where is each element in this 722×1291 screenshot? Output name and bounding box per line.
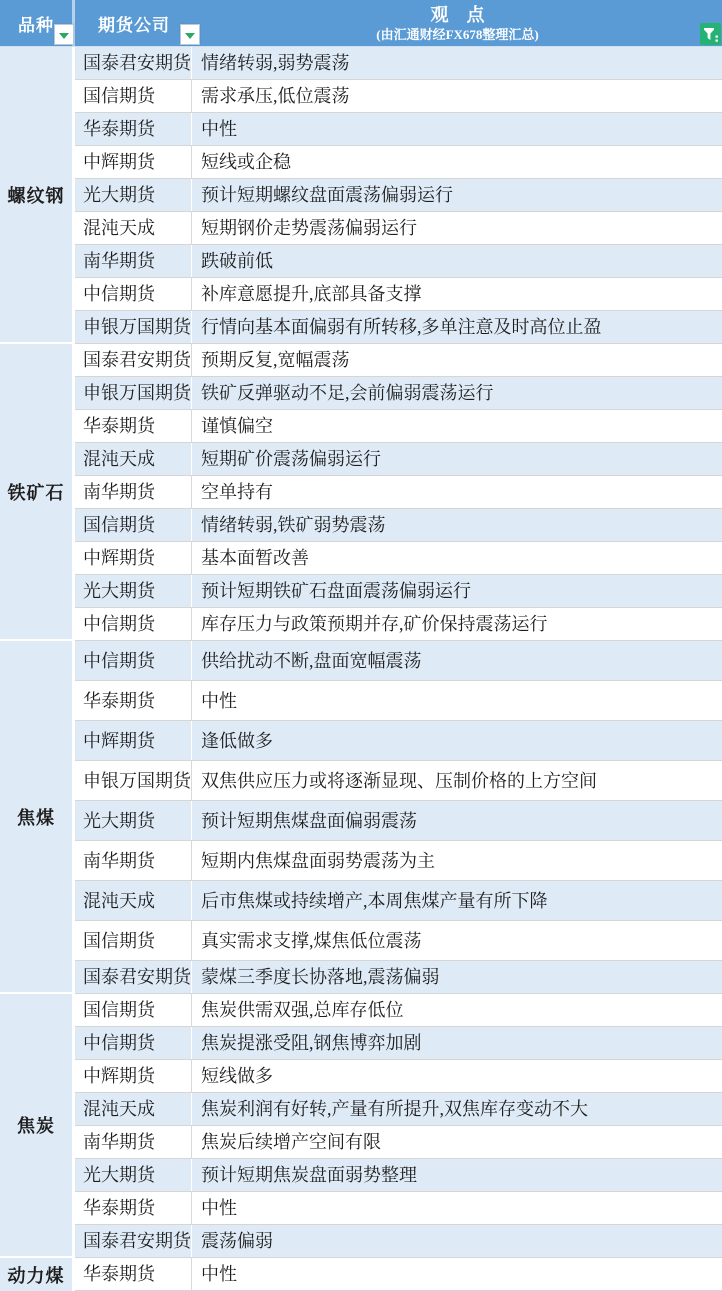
table-row: 国信期货 需求承压,低位震荡 [75,80,722,113]
table-row: 中辉期货 短线做多 [75,1060,722,1093]
view-cell: 焦炭后续增产空间有限 [192,1126,722,1158]
company-cell: 中辉期货 [75,146,192,178]
view-cell: 预计短期焦炭盘面弱势整理 [192,1159,722,1191]
table-row: 混沌天成 短期矿价震荡偏弱运行 [75,443,722,476]
view-cell: 中性 [192,681,722,720]
view-cell: 短期钢价走势震荡偏弱运行 [192,212,722,244]
table-row: 混沌天成 焦炭利润有好转,产量有所提升,双焦库存变动不大 [75,1093,722,1126]
table-row: 光大期货 预计短期铁矿石盘面震荡偏弱运行 [75,575,722,608]
view-cell: 短期内焦煤盘面弱势震荡为主 [192,841,722,880]
table-row: 南华期货 短期内焦煤盘面弱势震荡为主 [75,841,722,881]
company-cell: 光大期货 [75,801,192,840]
company-cell: 中信期货 [75,608,192,640]
view-cell: 震荡偏弱 [192,1225,722,1257]
commodity-group: 焦煤 中信期货 供给扰动不断,盘面宽幅震荡 华泰期货 中性 中辉期货 逢低做多 … [0,641,722,994]
commodity-group: 铁矿石 国泰君安期货 预期反复,宽幅震荡 申银万国期货 铁矿反弹驱动不足,会前偏… [0,344,722,641]
header-cell-variety: 品种 [0,0,75,46]
view-cell: 中性 [192,1192,722,1224]
company-cell: 华泰期货 [75,1192,192,1224]
variety-label: 焦煤 [17,804,55,830]
table-row: 国信期货 情绪转弱,铁矿弱势震荡 [75,509,722,542]
view-cell: 跌破前低 [192,245,722,277]
company-cell: 国泰君安期货 [75,47,192,79]
company-column-label: 期货公司 [98,11,170,36]
company-cell: 华泰期货 [75,410,192,442]
table-row: 南华期货 跌破前低 [75,245,722,278]
view-cell: 逢低做多 [192,721,722,760]
table-row: 申银万国期货 行情向基本面偏弱有所转移,多单注意及时高位止盈 [75,311,722,344]
header-cell-company: 期货公司 [75,0,193,46]
table-row: 中信期货 焦炭提涨受阻,钢焦博弈加剧 [75,1027,722,1060]
company-cell: 光大期货 [75,1159,192,1191]
view-cell: 谨慎偏空 [192,410,722,442]
table-row: 华泰期货 中性 [75,1192,722,1225]
company-cell: 南华期货 [75,476,192,508]
company-cell: 国信期货 [75,80,192,112]
table-row: 申银万国期货 铁矿反弹驱动不足,会前偏弱震荡运行 [75,377,722,410]
table-row: 中信期货 补库意愿提升,底部具备支撑 [75,278,722,311]
company-cell: 混沌天成 [75,212,192,244]
view-cell: 库存压力与政策预期并存,矿价保持震荡运行 [192,608,722,640]
company-cell: 混沌天成 [75,443,192,475]
table-row: 中辉期货 逢低做多 [75,721,722,761]
futures-opinion-table: 品种 期货公司 观 点 (由汇通财经FX678整理汇总) 螺纹钢 国泰 [0,0,722,1291]
view-cell: 双焦供应压力或将逐渐显现、压制价格的上方空间 [192,761,722,800]
company-cell: 中信期货 [75,641,192,680]
variety-label: 动力煤 [8,1262,65,1288]
company-cell: 国泰君安期货 [75,344,192,376]
group-rows: 中信期货 供给扰动不断,盘面宽幅震荡 华泰期货 中性 中辉期货 逢低做多 申银万… [75,641,722,994]
variety-cell: 铁矿石 [0,344,75,641]
company-cell: 申银万国期货 [75,377,192,409]
table-row: 中信期货 供给扰动不断,盘面宽幅震荡 [75,641,722,681]
company-cell: 南华期货 [75,841,192,880]
table-row: 光大期货 预计短期螺纹盘面震荡偏弱运行 [75,179,722,212]
company-cell: 国泰君安期货 [75,961,192,993]
company-cell: 华泰期货 [75,681,192,720]
table-row: 国泰君安期货 情绪转弱,弱势震荡 [75,47,722,80]
dropdown-arrow-icon [59,33,69,39]
group-rows: 国泰君安期货 预期反复,宽幅震荡 申银万国期货 铁矿反弹驱动不足,会前偏弱震荡运… [75,344,722,641]
view-cell: 焦炭提涨受阻,钢焦博弈加剧 [192,1027,722,1059]
view-cell: 预计短期螺纹盘面震荡偏弱运行 [192,179,722,211]
commodity-group: 动力煤 华泰期货 中性 [0,1258,722,1291]
table-row: 光大期货 预计短期焦煤盘面偏弱震荡 [75,801,722,841]
company-cell: 混沌天成 [75,881,192,920]
view-cell: 预计短期铁矿石盘面震荡偏弱运行 [192,575,722,607]
table-header: 品种 期货公司 观 点 (由汇通财经FX678整理汇总) [0,0,722,47]
view-cell: 预期反复,宽幅震荡 [192,344,722,376]
variety-cell: 螺纹钢 [0,47,75,344]
view-cell: 中性 [192,1258,722,1290]
company-cell: 中信期货 [75,1027,192,1059]
view-cell: 短线做多 [192,1060,722,1092]
company-cell: 混沌天成 [75,1093,192,1125]
company-cell: 中辉期货 [75,542,192,574]
view-cell: 空单持有 [192,476,722,508]
filter-funnel-icon[interactable] [700,23,721,45]
company-cell: 南华期货 [75,245,192,277]
company-cell: 国信期货 [75,921,192,960]
view-cell: 情绪转弱,弱势震荡 [192,47,722,79]
table-row: 国泰君安期货 震荡偏弱 [75,1225,722,1258]
company-cell: 申银万国期货 [75,761,192,800]
table-body: 螺纹钢 国泰君安期货 情绪转弱,弱势震荡 国信期货 需求承压,低位震荡 华泰期货… [0,47,722,1291]
view-column-title: 观 点 [431,4,485,26]
view-cell: 供给扰动不断,盘面宽幅震荡 [192,641,722,680]
variety-label: 铁矿石 [8,479,65,505]
company-cell: 国泰君安期货 [75,1225,192,1257]
view-cell: 铁矿反弹驱动不足,会前偏弱震荡运行 [192,377,722,409]
group-rows: 国泰君安期货 情绪转弱,弱势震荡 国信期货 需求承压,低位震荡 华泰期货 中性 … [75,47,722,344]
group-rows: 华泰期货 中性 [75,1258,722,1291]
company-cell: 光大期货 [75,575,192,607]
view-cell: 蒙煤三季度长协落地,震荡偏弱 [192,961,722,993]
variety-column-label: 品种 [18,11,54,36]
view-cell: 补库意愿提升,底部具备支撑 [192,278,722,310]
table-row: 中信期货 库存压力与政策预期并存,矿价保持震荡运行 [75,608,722,641]
table-row: 华泰期货 中性 [75,113,722,146]
view-cell: 真实需求支撑,煤焦低位震荡 [192,921,722,960]
variety-cell: 焦炭 [0,994,75,1258]
table-row: 光大期货 预计短期焦炭盘面弱势整理 [75,1159,722,1192]
table-row: 南华期货 焦炭后续增产空间有限 [75,1126,722,1159]
table-row: 混沌天成 后市焦煤或持续增产,本周焦煤产量有所下降 [75,881,722,921]
variety-label: 焦炭 [17,1112,55,1138]
commodity-group: 焦炭 国信期货 焦炭供需双强,总库存低位 中信期货 焦炭提涨受阻,钢焦博弈加剧 … [0,994,722,1258]
company-cell: 中辉期货 [75,1060,192,1092]
variety-filter-dropdown-button[interactable] [54,24,74,45]
view-cell: 短线或企稳 [192,146,722,178]
table-row: 国泰君安期货 预期反复,宽幅震荡 [75,344,722,377]
group-rows: 国信期货 焦炭供需双强,总库存低位 中信期货 焦炭提涨受阻,钢焦博弈加剧 中辉期… [75,994,722,1258]
company-cell: 华泰期货 [75,113,192,145]
table-row: 国信期货 真实需求支撑,煤焦低位震荡 [75,921,722,961]
table-row: 国泰君安期货 蒙煤三季度长协落地,震荡偏弱 [75,961,722,994]
company-cell: 光大期货 [75,179,192,211]
view-cell: 行情向基本面偏弱有所转移,多单注意及时高位止盈 [192,311,722,343]
view-cell: 短期矿价震荡偏弱运行 [192,443,722,475]
table-row: 国信期货 焦炭供需双强,总库存低位 [75,994,722,1027]
table-row: 华泰期货 谨慎偏空 [75,410,722,443]
view-cell: 预计短期焦煤盘面偏弱震荡 [192,801,722,840]
table-row: 中辉期货 短线或企稳 [75,146,722,179]
variety-label: 螺纹钢 [8,182,65,208]
view-cell: 焦炭供需双强,总库存低位 [192,994,722,1026]
table-row: 南华期货 空单持有 [75,476,722,509]
company-cell: 国信期货 [75,994,192,1026]
view-cell: 焦炭利润有好转,产量有所提升,双焦库存变动不大 [192,1093,722,1125]
table-row: 混沌天成 短期钢价走势震荡偏弱运行 [75,212,722,245]
variety-cell: 焦煤 [0,641,75,994]
view-cell: 基本面暂改善 [192,542,722,574]
company-cell: 中辉期货 [75,721,192,760]
view-column-subtitle: (由汇通财经FX678整理汇总) [376,26,539,44]
company-cell: 南华期货 [75,1126,192,1158]
header-cell-view: 观 点 (由汇通财经FX678整理汇总) [193,0,722,46]
commodity-group: 螺纹钢 国泰君安期货 情绪转弱,弱势震荡 国信期货 需求承压,低位震荡 华泰期货… [0,47,722,344]
company-cell: 国信期货 [75,509,192,541]
variety-cell: 动力煤 [0,1258,75,1291]
view-cell: 后市焦煤或持续增产,本周焦煤产量有所下降 [192,881,722,920]
view-cell: 中性 [192,113,722,145]
table-row: 申银万国期货 双焦供应压力或将逐渐显现、压制价格的上方空间 [75,761,722,801]
view-cell: 需求承压,低位震荡 [192,80,722,112]
table-row: 华泰期货 中性 [75,1258,722,1291]
company-cell: 华泰期货 [75,1258,192,1290]
company-cell: 申银万国期货 [75,311,192,343]
table-row: 华泰期货 中性 [75,681,722,721]
view-cell: 情绪转弱,铁矿弱势震荡 [192,509,722,541]
company-cell: 中信期货 [75,278,192,310]
table-row: 中辉期货 基本面暂改善 [75,542,722,575]
